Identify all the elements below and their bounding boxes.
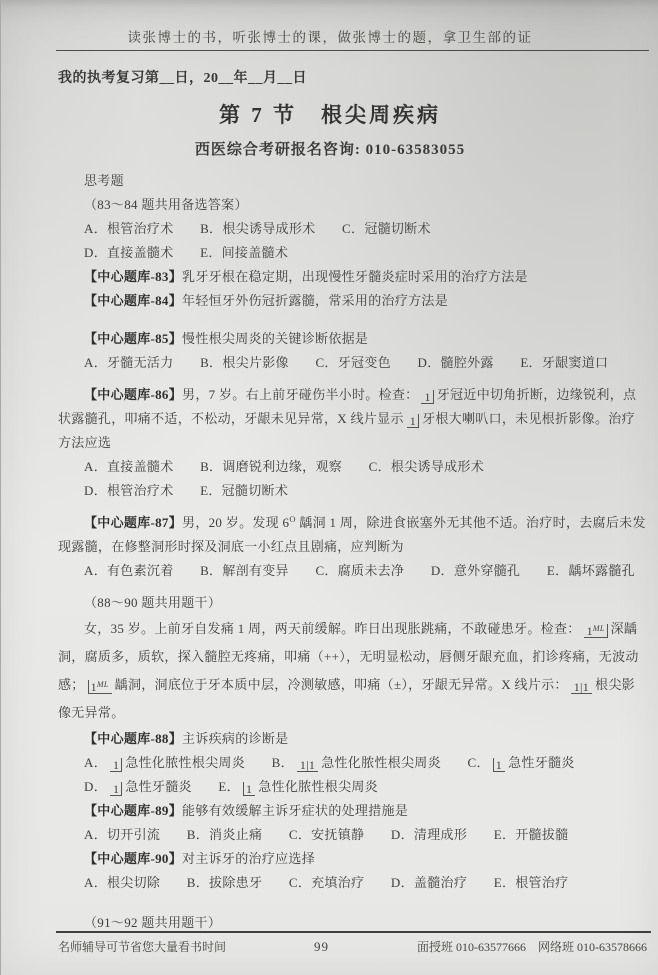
tooth-notation: 1 bbox=[110, 782, 122, 796]
option-line: A．有色素沉着 B．解剖有变异 C．腐质未去净 D．意外穿髓孔 E．龋坏露髓孔 bbox=[58, 559, 647, 583]
page-number: 99 bbox=[314, 939, 329, 955]
spacer bbox=[58, 583, 647, 591]
question-id-label: 【中心题库-90】 bbox=[84, 851, 182, 866]
tooth-notation: 1 bbox=[493, 758, 505, 772]
tooth-notation: 1|1 bbox=[297, 758, 318, 772]
option-line: D．直接盖髓术 E．间接盖髓术 bbox=[58, 241, 647, 265]
question-85: 【中心题库-85】慢性根尖周炎的关键诊断依据是 bbox=[58, 327, 647, 351]
option-line: A．直接盖髓术 B．调磨锐利边缘，观察 C．根尖诱导成形术 bbox=[58, 455, 647, 479]
question-87: 【中心题库-87】男，20 岁。发现 6O 龋洞 1 周，除进食嵌塞外无其他不适… bbox=[58, 511, 647, 559]
content-blocks: 思考题（83～84 题共用备选答案）A．根管治疗术 B．根尖诱导成形术 C．冠髓… bbox=[58, 169, 647, 935]
spacer bbox=[58, 503, 647, 511]
case-stem-88-90: 女，35 岁。上前牙自发痛 1 周，两天前缓解。昨日出现胀跳痛，不敢碰患牙。检查… bbox=[58, 615, 647, 727]
option-line: A．牙髓无活力 B．根尖片影像 C．牙冠变色 D．髓腔外露 E．牙龈窦道口 bbox=[58, 351, 647, 375]
question-88: 【中心题库-88】主诉疾病的诊断是 bbox=[58, 727, 647, 751]
section-title: 第 7 节 根尖周疾病 bbox=[1, 99, 658, 129]
spacer bbox=[58, 313, 647, 327]
spacer bbox=[58, 375, 647, 383]
question-89: 【中心题库-89】能够有效缓解主诉牙症状的处理措施是 bbox=[58, 799, 647, 823]
spacer bbox=[58, 895, 647, 911]
header-slogan: 读张博士的书，听张博士的课，做张博士的题，拿卫生部的证 bbox=[21, 26, 639, 46]
footer-left-text: 名师辅导可节省您大量看书时间 bbox=[58, 938, 226, 955]
page-footer: 名师辅导可节省您大量看书时间 99 面授班 010-63577666 网络班 0… bbox=[1, 931, 658, 955]
consult-phone-line: 西医综合考研报名咨询: 010-63583055 bbox=[1, 138, 658, 159]
question-id-label: 【中心题库-87】 bbox=[84, 515, 182, 530]
group-note: （83～84 题共用备选答案） bbox=[58, 193, 647, 217]
option-line: A．1急性化脓性根尖周炎 B．1|1急性化脓性根尖周炎 C．1急性牙髓炎 bbox=[58, 751, 647, 775]
question-86: 【中心题库-86】男，7 岁。右上前牙碰伤半小时。检查：1牙冠近中切角折断，边缘… bbox=[58, 383, 647, 455]
question-90: 【中心题库-90】对主诉牙的治疗应选择 bbox=[58, 847, 647, 871]
header-rule bbox=[56, 50, 649, 51]
subheading-think: 思考题 bbox=[58, 169, 647, 193]
tooth-notation: 1ML bbox=[88, 680, 112, 694]
option-line: D．1急性牙髓炎 E．1急性化脓性根尖周炎 bbox=[58, 775, 647, 799]
option-line: A．根尖切除 B．拔除患牙 C．充填治疗 D．盖髓治疗 E．根管治疗 bbox=[58, 871, 647, 895]
tooth-notation: 1|1 bbox=[571, 680, 592, 694]
question-id-label: 【中心题库-88】 bbox=[84, 731, 182, 746]
tooth-notation: 1 bbox=[407, 414, 419, 428]
question-id-label: 【中心题库-85】 bbox=[84, 331, 182, 346]
review-progress-line: 我的执考复习第__日，20__年__月__日 bbox=[58, 67, 647, 87]
footer-right-text: 面授班 010-63577666 网络班 010-63578666 bbox=[417, 938, 647, 955]
question-83: 【中心题库-83】乳牙牙根在稳定期，出现慢性牙髓炎症时采用的治疗方法是 bbox=[58, 265, 647, 289]
scanned-book-page: 读张博士的书，听张博士的课，做张博士的题，拿卫生部的证 我的执考复习第__日，2… bbox=[0, 0, 658, 975]
question-id-label: 【中心题库-83】 bbox=[84, 269, 182, 284]
question-84: 【中心题库-84】年轻恒牙外伤冠折露髓，常采用的治疗方法是 bbox=[58, 289, 647, 313]
group-note: （88～90 题共用题干） bbox=[58, 591, 647, 615]
question-id-label: 【中心题库-86】 bbox=[84, 387, 182, 402]
tooth-notation: 1 bbox=[110, 758, 122, 772]
footer-rule bbox=[56, 931, 651, 933]
tooth-notation: 1ML bbox=[584, 624, 608, 638]
tooth-notation: 1 bbox=[243, 782, 255, 796]
option-line: D．根管治疗术 E．冠髓切断术 bbox=[58, 479, 647, 503]
tooth-notation: 1 bbox=[421, 390, 433, 404]
option-line: A．根管治疗术 B．根尖诱导成形术 C．冠髓切断术 bbox=[58, 217, 647, 241]
tooth-number: 6O bbox=[283, 515, 296, 530]
question-id-label: 【中心题库-89】 bbox=[84, 803, 182, 818]
option-line: A．切开引流 B．消炎止痛 C．安抚镇静 D．清理成形 E．开髓拔髓 bbox=[58, 823, 647, 847]
question-id-label: 【中心题库-84】 bbox=[84, 293, 182, 308]
